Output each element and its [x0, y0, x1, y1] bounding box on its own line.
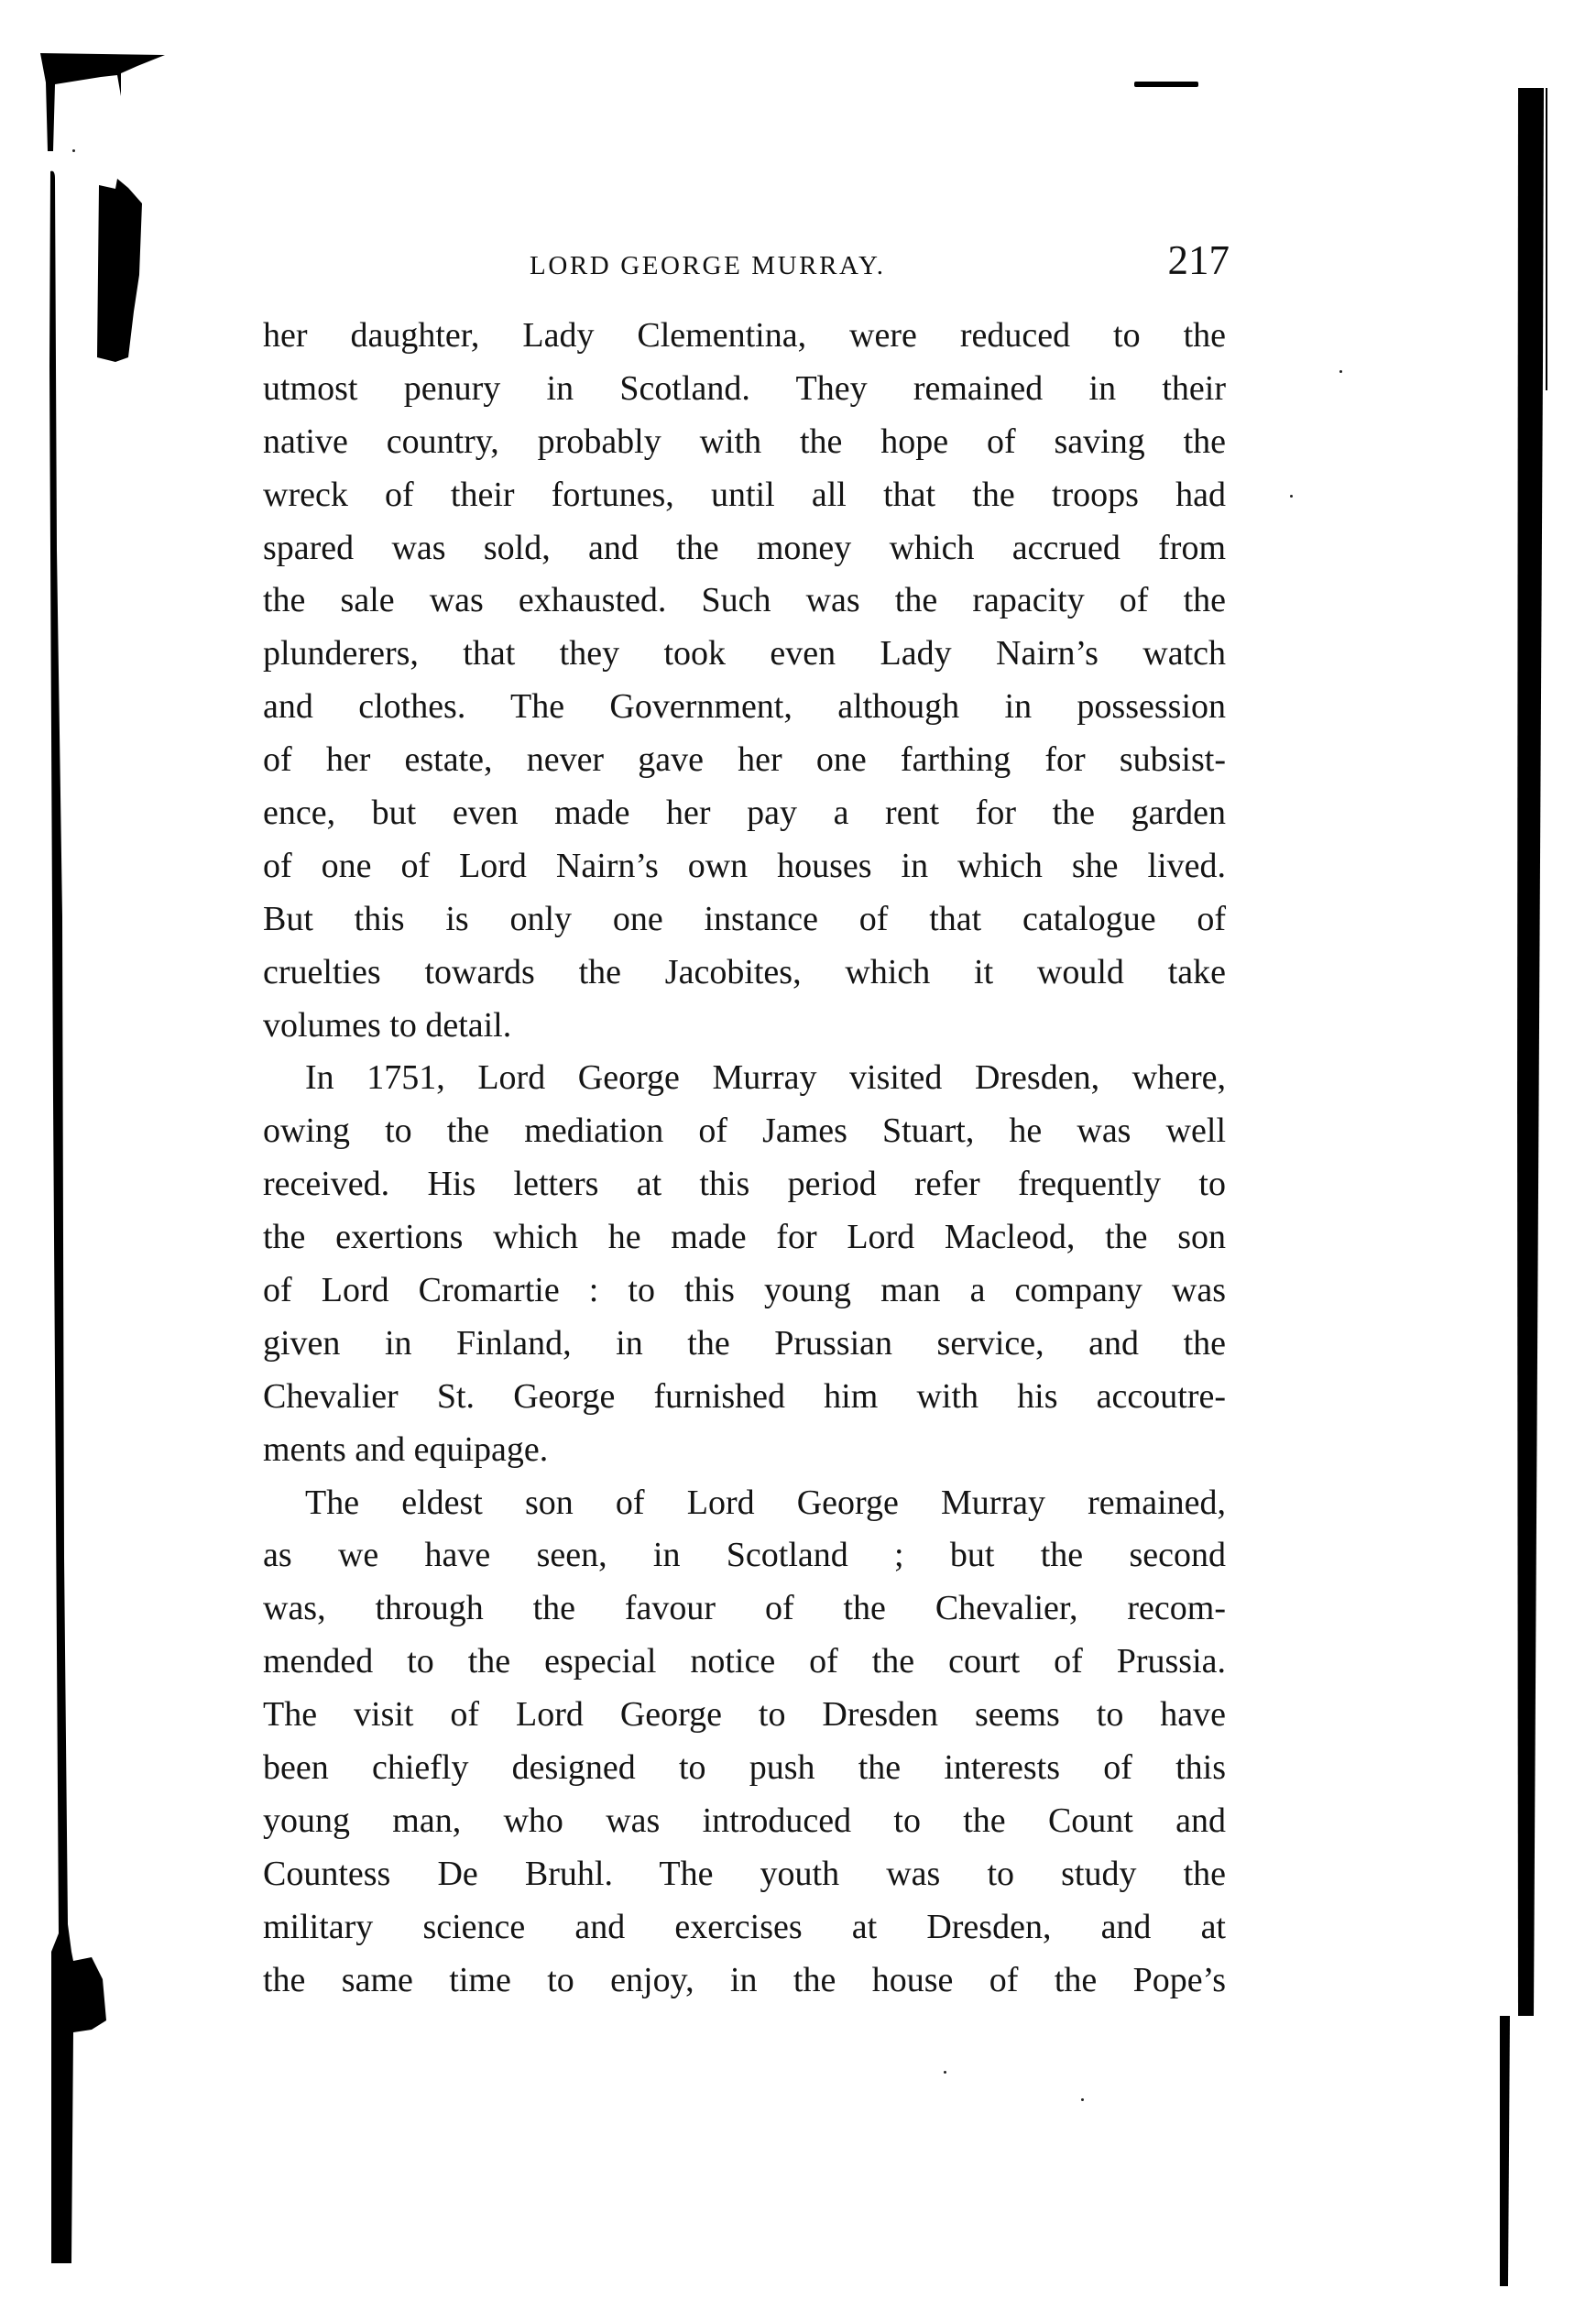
text-line: of her estate, never gave her one farthi…	[263, 734, 1226, 787]
text-line: wreck of their fortunes, until all that …	[263, 469, 1226, 522]
text-line: ments and equipage.	[263, 1424, 1226, 1477]
text-line: been chiefly designed to push the intere…	[263, 1742, 1226, 1795]
page-number: 217	[1156, 240, 1230, 280]
text-line: of Lord Cromartie : to this young man a …	[263, 1265, 1226, 1318]
text-line: ence, but even made her pay a rent for t…	[263, 787, 1226, 840]
text-line: the exertions which he made for Lord Mac…	[263, 1211, 1226, 1265]
text-line: as we have seen, in Scotland ; but the s…	[263, 1529, 1226, 1582]
text-line: received. His letters at this period ref…	[263, 1158, 1226, 1211]
text-line: given in Finland, in the Prussian servic…	[263, 1318, 1226, 1371]
body-text: her daughter, Lady Clementina, were redu…	[263, 310, 1226, 2008]
text-line: owing to the mediation of James Stuart, …	[263, 1105, 1226, 1158]
text-line: and clothes. The Government, although in…	[263, 681, 1226, 734]
text-line: of one of Lord Nairn’s own houses in whi…	[263, 840, 1226, 893]
text-line: young man, who was introduced to the Cou…	[263, 1795, 1226, 1848]
text-line: military science and exercises at Dresde…	[263, 1901, 1226, 1954]
text-line: cruelties towards the Jacobites, which i…	[263, 947, 1226, 1000]
dust-speck	[1290, 495, 1293, 498]
dust-speck	[1081, 2098, 1084, 2101]
text-line: The visit of Lord George to Dresden seem…	[263, 1689, 1226, 1742]
text-line: the same time to enjoy, in the house of …	[263, 1954, 1226, 2008]
left-binding-edge-artifact	[0, 0, 238, 2321]
text-line: was, through the favour of the Chevalier…	[263, 1582, 1226, 1636]
text-line: spared was sold, and the money which acc…	[263, 522, 1226, 575]
paragraph-first-line: In 1751, Lord George Murray visited Dres…	[263, 1052, 1226, 1105]
right-binding-edge-artifact	[1484, 0, 1558, 2321]
text-line: Countess De Bruhl. The youth was to stud…	[263, 1848, 1226, 1901]
paragraph-first-line: The eldest son of Lord George Murray rem…	[263, 1477, 1226, 1530]
text-line: mended to the especial notice of the cou…	[263, 1636, 1226, 1689]
text-line: plunderers, that they took even Lady Nai…	[263, 628, 1226, 681]
text-line: volumes to detail.	[263, 1000, 1226, 1053]
running-header-title: LORD GEORGE MURRAY.	[530, 247, 969, 284]
dust-speck	[1339, 370, 1342, 373]
dust-speck	[72, 149, 75, 152]
text-line: Chevalier St. George furnished him with …	[263, 1371, 1226, 1424]
scanned-book-page: LORD GEORGE MURRAY. 217 her daughter, La…	[0, 0, 1596, 2321]
text-line: the sale was exhausted. Such was the rap…	[263, 575, 1226, 628]
text-line: native country, probably with the hope o…	[263, 416, 1226, 469]
top-ink-smudge-artifact	[1134, 82, 1198, 87]
text-line: But this is only one instance of that ca…	[263, 893, 1226, 947]
text-line: utmost penury in Scotland. They remained…	[263, 363, 1226, 416]
text-line: her daughter, Lady Clementina, were redu…	[263, 310, 1226, 363]
dust-speck	[944, 2071, 946, 2074]
